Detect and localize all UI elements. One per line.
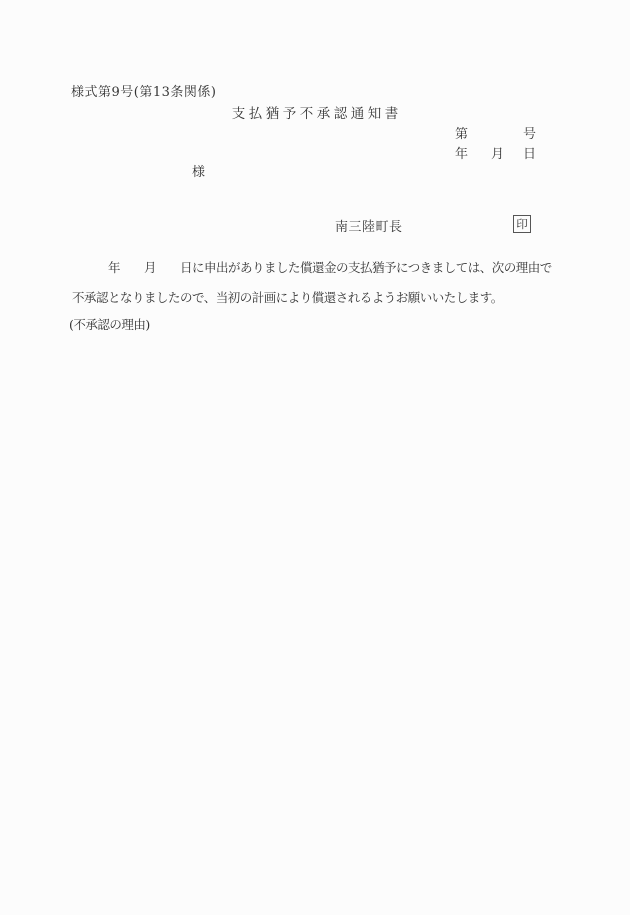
document-title: 支払猶予不承認通知書 <box>0 102 630 122</box>
date-line: 年 月 日 <box>455 143 536 162</box>
document-page: 様式第9号(第13条関係) 支払猶予不承認通知書 第 号 年 月 日 様 南三陸… <box>0 0 630 915</box>
body-line: 不承認となりましたので、当初の計画により償還されるようお願いいたします。 <box>72 288 503 306</box>
month-label: 月 <box>491 143 504 162</box>
reason-label: (不承認の理由) <box>69 315 150 333</box>
seal-stamp-icon: 印 <box>513 215 531 233</box>
addressee-honorific: 様 <box>192 161 205 180</box>
doc-number-suffix: 号 <box>523 123 536 142</box>
sender-title: 南三陸町長 <box>335 216 403 235</box>
year-label: 年 <box>455 143 468 162</box>
doc-number-prefix: 第 <box>455 123 468 142</box>
form-number: 様式第9号(第13条関係) <box>71 81 216 100</box>
doc-number-line: 第 号 <box>455 123 536 142</box>
day-label: 日 <box>523 143 536 162</box>
body-line: 年 月 日に申出がありました償還金の支払猶予につきましては、次の理由で <box>72 258 552 276</box>
